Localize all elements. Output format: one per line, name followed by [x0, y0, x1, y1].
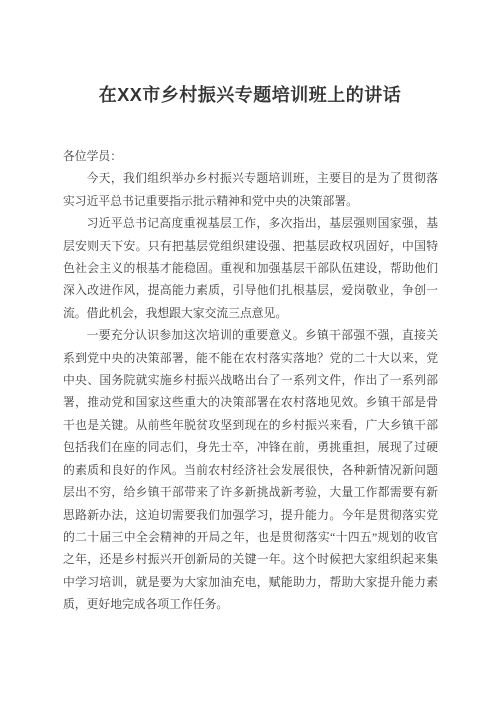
- paragraph: 习近平总书记高度重视基层工作，多次指出，基层强则国家强，基层安则天下安。只有把基…: [63, 212, 438, 324]
- document-body: 各位学员： 今天，我们组织举办乡村振兴专题培训班，主要目的是为了贯彻落实习近平总…: [63, 145, 438, 616]
- paragraphs: 今天，我们组织举办乡村振兴专题培训班，主要目的是为了贯彻落实习近平总书记重要指示…: [63, 167, 438, 615]
- paragraph: 一要充分认识参加这次培训的重要意义。乡镇干部强不强，直接关系到党中央的决策部署，…: [63, 324, 438, 615]
- salutation-line: 各位学员：: [63, 145, 438, 167]
- document-page: 在XX市乡村振兴专题培训班上的讲话 各位学员： 今天，我们组织举办乡村振兴专题培…: [0, 0, 500, 707]
- paragraph: 今天，我们组织举办乡村振兴专题培训班，主要目的是为了贯彻落实习近平总书记重要指示…: [63, 167, 438, 212]
- page-title: 在XX市乡村振兴专题培训班上的讲话: [0, 86, 500, 105]
